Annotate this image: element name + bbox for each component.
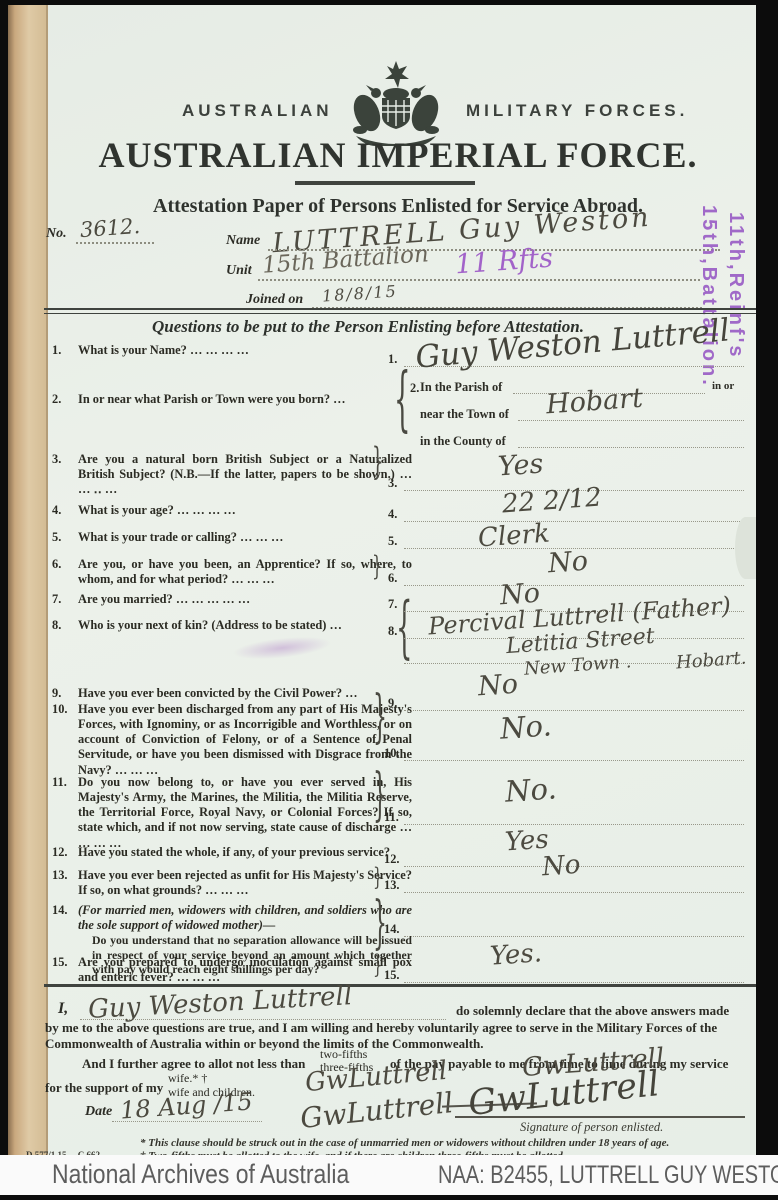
answer-num-12: 12. — [384, 852, 400, 867]
county-label: in the County of — [420, 434, 506, 449]
answer-9: No — [477, 669, 519, 703]
answer-num-6: 6. — [388, 571, 397, 586]
answer-11: No. — [504, 771, 558, 809]
answer-5: Clerk — [477, 519, 551, 554]
date-line — [112, 1120, 262, 1122]
footnote-1: * This clause should be struck out in th… — [140, 1137, 669, 1149]
answer-num-3: 3. — [388, 476, 397, 491]
answer-num-8: 8. — [388, 624, 397, 639]
question-2: 2.In or near what Parish or Town were yo… — [52, 392, 412, 407]
section-rule-top2 — [44, 313, 756, 314]
question-13: 13.Have you ever been rejected as unfit … — [52, 868, 412, 898]
date-label: Date — [85, 1104, 112, 1120]
title-underline — [295, 181, 475, 185]
archive-source: National Archives of Australia — [52, 1159, 349, 1190]
question-15: 15.Are you prepared to undergo inoculati… — [52, 955, 412, 985]
answer-num-7: 7. — [388, 597, 397, 612]
declaration-pronoun: I, — [58, 1000, 68, 1018]
header-right: MILITARY FORCES. — [466, 101, 688, 121]
answer-line-10 — [404, 759, 744, 761]
question-3: 3.Are you a natural born British Subject… — [52, 452, 412, 497]
declaration-line3: Commonwealth of Australia within or beyo… — [45, 1036, 484, 1052]
archive-caption-bar: National Archives of Australia NAA: B245… — [0, 1155, 778, 1195]
question-8: 8.Who is your next of kin? (Address to b… — [52, 618, 412, 633]
declaration-line1: do solemnly declare that the above answe… — [456, 1003, 729, 1019]
brace-q15: } — [373, 951, 383, 980]
no-label: No. — [46, 226, 67, 242]
brace-a8: { — [396, 590, 413, 668]
answer-line-13 — [404, 891, 744, 893]
county-line — [518, 446, 744, 448]
question-9: 9.Have you ever been convicted by the Ci… — [52, 686, 412, 701]
answer-num-5: 5. — [388, 534, 397, 549]
allot-support: for the support of my — [45, 1080, 163, 1096]
binding-strip — [8, 5, 48, 1157]
allot-wife-top: wife.* † — [168, 1072, 207, 1086]
question-5: 5.What is your trade or calling? … … … — [52, 530, 412, 545]
answer-num-10: 10. — [384, 746, 400, 761]
answer-num-4: 4. — [388, 507, 397, 522]
section-rule-bottom — [44, 984, 756, 987]
answer-num-14: 14. — [384, 922, 400, 937]
section-rule-top — [44, 308, 756, 310]
brace-q6: } — [372, 549, 382, 581]
archive-reference: NAA: B2455, LUTTRELL GUY WESTON — [438, 1161, 778, 1190]
joined-label: Joined on — [246, 292, 303, 308]
question-12: 12.Have you stated the whole, if any, of… — [52, 845, 412, 860]
declaration-line2: by me to the above questions are true, a… — [45, 1020, 717, 1036]
answer-num-11: 11. — [384, 810, 399, 825]
brace-a2: { — [394, 361, 411, 442]
question-10: 10.Have you ever been discharged from an… — [52, 702, 412, 778]
no-line — [76, 241, 154, 244]
page-title: AUSTRALIAN IMPERIAL FORCE. — [48, 134, 748, 176]
question-6: 6.Are you, or have you been, an Apprenti… — [52, 557, 412, 587]
signature-rule — [455, 1116, 745, 1118]
signature-caption: Signature of person enlisted. — [520, 1120, 663, 1135]
header-left: AUSTRALIAN — [182, 101, 333, 121]
unit-line — [258, 278, 700, 281]
brace-q10: } — [373, 686, 387, 751]
answer-num-2: 2. — [410, 381, 419, 396]
answer-15: Yes. — [489, 938, 543, 972]
answer-num-1: 1. — [388, 352, 397, 367]
no-value: 3612. — [79, 214, 141, 242]
answer-line-15 — [404, 981, 744, 983]
answer-line-6 — [404, 584, 744, 586]
paper-crease — [735, 517, 756, 579]
brace-q13: } — [373, 863, 383, 892]
answer-num-13: 13. — [384, 878, 400, 893]
answer-num-9: 9. — [388, 696, 397, 711]
answer-line-11 — [404, 823, 744, 825]
answer-num-15: 15. — [384, 968, 400, 983]
name-label: Name — [226, 233, 260, 249]
reinforcement-stamp-line2: 15th,Battalion. — [697, 205, 720, 388]
question-1: 1.What is your Name? … … … … — [52, 343, 412, 358]
question-4: 4.What is your age? … … … … — [52, 503, 412, 518]
answer-10: No. — [499, 708, 553, 746]
question-11: 11.Do you now belong to, or have you eve… — [52, 775, 412, 851]
unit-label: Unit — [226, 263, 252, 279]
brace-q3: } — [372, 440, 383, 484]
question-7: 7.Are you married? … … … … … — [52, 592, 412, 607]
answer-6: No — [547, 546, 589, 580]
town-label: near the Town of — [420, 407, 509, 422]
parish-label: In the Parish of — [420, 380, 502, 395]
answer-line-9 — [404, 709, 744, 711]
answer-line-4 — [404, 520, 744, 522]
in-or-label: in or — [712, 380, 734, 392]
answer-line-14 — [404, 935, 744, 937]
allot-lead: And I further agree to allot not less th… — [82, 1056, 305, 1072]
answer-3: Yes — [497, 448, 544, 482]
answer-13: No — [541, 850, 581, 883]
